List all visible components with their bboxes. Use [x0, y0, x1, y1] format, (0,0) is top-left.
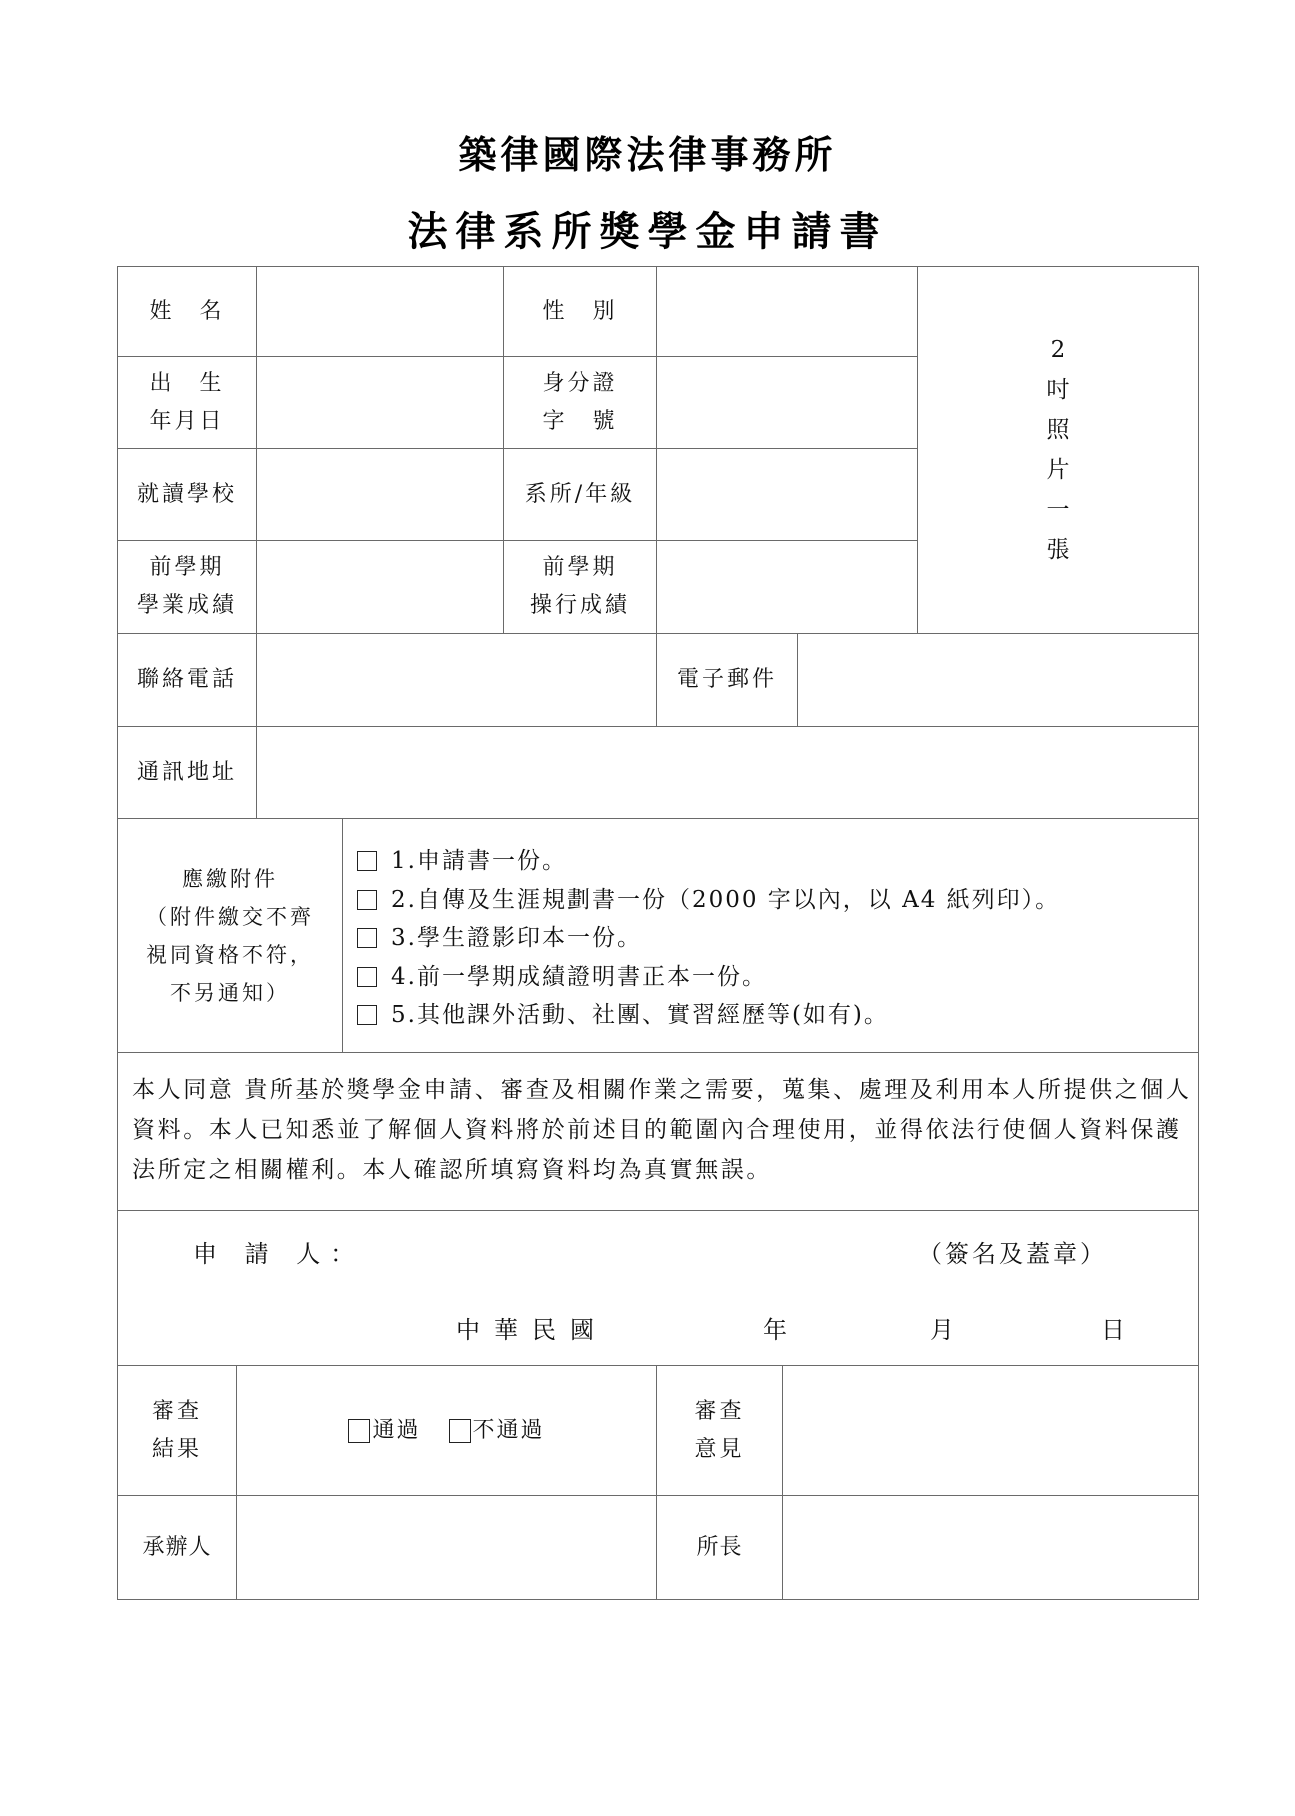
- form-title: 法律系所獎學金申請書: [0, 200, 1295, 257]
- conduct-label: 前學期 操行成績: [530, 549, 630, 625]
- name-label: 姓 名: [149, 293, 224, 331]
- attachments-label: 應繳附件 （附件繳交不齊 視同資格不符， 不另通知）: [146, 860, 314, 1012]
- id-label-cell: 身分證 字 號: [503, 356, 657, 449]
- school-field[interactable]: [256, 448, 504, 541]
- attachments-checklist: 1.申請書一份。 2.自傳及生涯規劃書一份（2000 字以內，以 A4 紙列印）…: [357, 842, 1060, 1035]
- signature-cell: 申 請 人： （簽名及蓋章） 中華民國 年 月 日: [117, 1210, 1199, 1366]
- phone-field[interactable]: [256, 633, 657, 727]
- date-era: 中華民國: [456, 1311, 608, 1349]
- birth-field[interactable]: [256, 356, 504, 449]
- review-result-options: 通過 不通過: [236, 1365, 657, 1496]
- applicant-label: 申 請 人：: [193, 1235, 364, 1273]
- application-form: 姓 名 性 別 2 吋 照 片 一 張 出 生 年月日 身分證 字 號 就讀學校: [117, 266, 1199, 1600]
- id-field[interactable]: [656, 356, 918, 449]
- address-field[interactable]: [256, 726, 1199, 819]
- consent-cell: 本人同意 貴所基於獎學金申請、審查及相關作業之需要，蒐集、處理及利用本人所提供之…: [117, 1052, 1199, 1211]
- email-label-cell: 電子郵件: [656, 633, 798, 727]
- checkbox-icon[interactable]: [357, 1005, 377, 1025]
- checkbox-icon[interactable]: [357, 928, 377, 948]
- review-result-label: 審查 結果: [152, 1393, 202, 1469]
- checkbox-icon[interactable]: [449, 1419, 471, 1443]
- sign-note: （簽名及蓋章）: [918, 1235, 1107, 1273]
- review-opinion-field[interactable]: [782, 1365, 1199, 1496]
- academic-label: 前學期 學業成績: [137, 549, 237, 625]
- firm-name: 築律國際法律事務所: [0, 124, 1295, 179]
- birth-label-cell: 出 生 年月日: [117, 356, 257, 449]
- date-month: 月: [930, 1311, 964, 1349]
- review-result-label-cell: 審查 結果: [117, 1365, 237, 1496]
- photo-instruction: 2 吋 照 片 一 張: [1047, 330, 1070, 570]
- address-label-cell: 通訊地址: [117, 726, 257, 819]
- fail-option[interactable]: 不通過: [449, 1412, 545, 1450]
- academic-label-cell: 前學期 學業成績: [117, 540, 257, 634]
- school-label: 就讀學校: [137, 476, 237, 514]
- email-field[interactable]: [797, 633, 1199, 727]
- date-year: 年: [763, 1311, 797, 1349]
- dept-label-cell: 系所/年級: [503, 448, 657, 541]
- director-label-cell: 所長: [656, 1495, 783, 1600]
- name-label-cell: 姓 名: [117, 266, 257, 357]
- attachment-item[interactable]: 3.學生證影印本一份。: [357, 919, 1060, 958]
- dept-field[interactable]: [656, 448, 918, 541]
- handler-label-cell: 承辦人: [117, 1495, 237, 1600]
- pass-option[interactable]: 通過: [348, 1412, 420, 1450]
- email-label: 電子郵件: [677, 661, 777, 699]
- director-label: 所長: [696, 1529, 742, 1567]
- birth-label: 出 生 年月日: [149, 365, 224, 441]
- attachment-item[interactable]: 2.自傳及生涯規劃書一份（2000 字以內，以 A4 紙列印）。: [357, 881, 1060, 920]
- checkbox-icon[interactable]: [357, 967, 377, 987]
- id-label: 身分證 字 號: [542, 365, 617, 441]
- consent-text: 本人同意 貴所基於獎學金申請、審查及相關作業之需要，蒐集、處理及利用本人所提供之…: [132, 1070, 1192, 1190]
- conduct-field[interactable]: [656, 540, 918, 634]
- gender-field[interactable]: [656, 266, 918, 357]
- academic-field[interactable]: [256, 540, 504, 634]
- handler-field[interactable]: [236, 1495, 657, 1600]
- review-opinion-label: 審查 意見: [694, 1393, 744, 1469]
- name-field[interactable]: [256, 266, 504, 357]
- conduct-label-cell: 前學期 操行成績: [503, 540, 657, 634]
- photo-box[interactable]: 2 吋 照 片 一 張: [917, 266, 1199, 634]
- attachment-item[interactable]: 1.申請書一份。: [357, 842, 1060, 881]
- checkbox-icon[interactable]: [357, 851, 377, 871]
- checkbox-icon[interactable]: [357, 890, 377, 910]
- handler-label: 承辦人: [142, 1529, 211, 1567]
- director-field[interactable]: [782, 1495, 1199, 1600]
- phone-label: 聯絡電話: [137, 661, 237, 699]
- phone-label-cell: 聯絡電話: [117, 633, 257, 727]
- gender-label-cell: 性 別: [503, 266, 657, 357]
- address-label: 通訊地址: [137, 754, 237, 792]
- dept-label: 系所/年級: [525, 476, 635, 514]
- date-day: 日: [1101, 1311, 1135, 1349]
- school-label-cell: 就讀學校: [117, 448, 257, 541]
- attachment-item[interactable]: 5.其他課外活動、社團、實習經歷等(如有)。: [357, 996, 1060, 1035]
- attachment-item[interactable]: 4.前一學期成績證明書正本一份。: [357, 958, 1060, 997]
- gender-label: 性 別: [542, 293, 617, 331]
- review-opinion-label-cell: 審查 意見: [656, 1365, 783, 1496]
- attachments-label-cell: 應繳附件 （附件繳交不齊 視同資格不符， 不另通知）: [117, 818, 343, 1053]
- checkbox-icon[interactable]: [348, 1419, 370, 1443]
